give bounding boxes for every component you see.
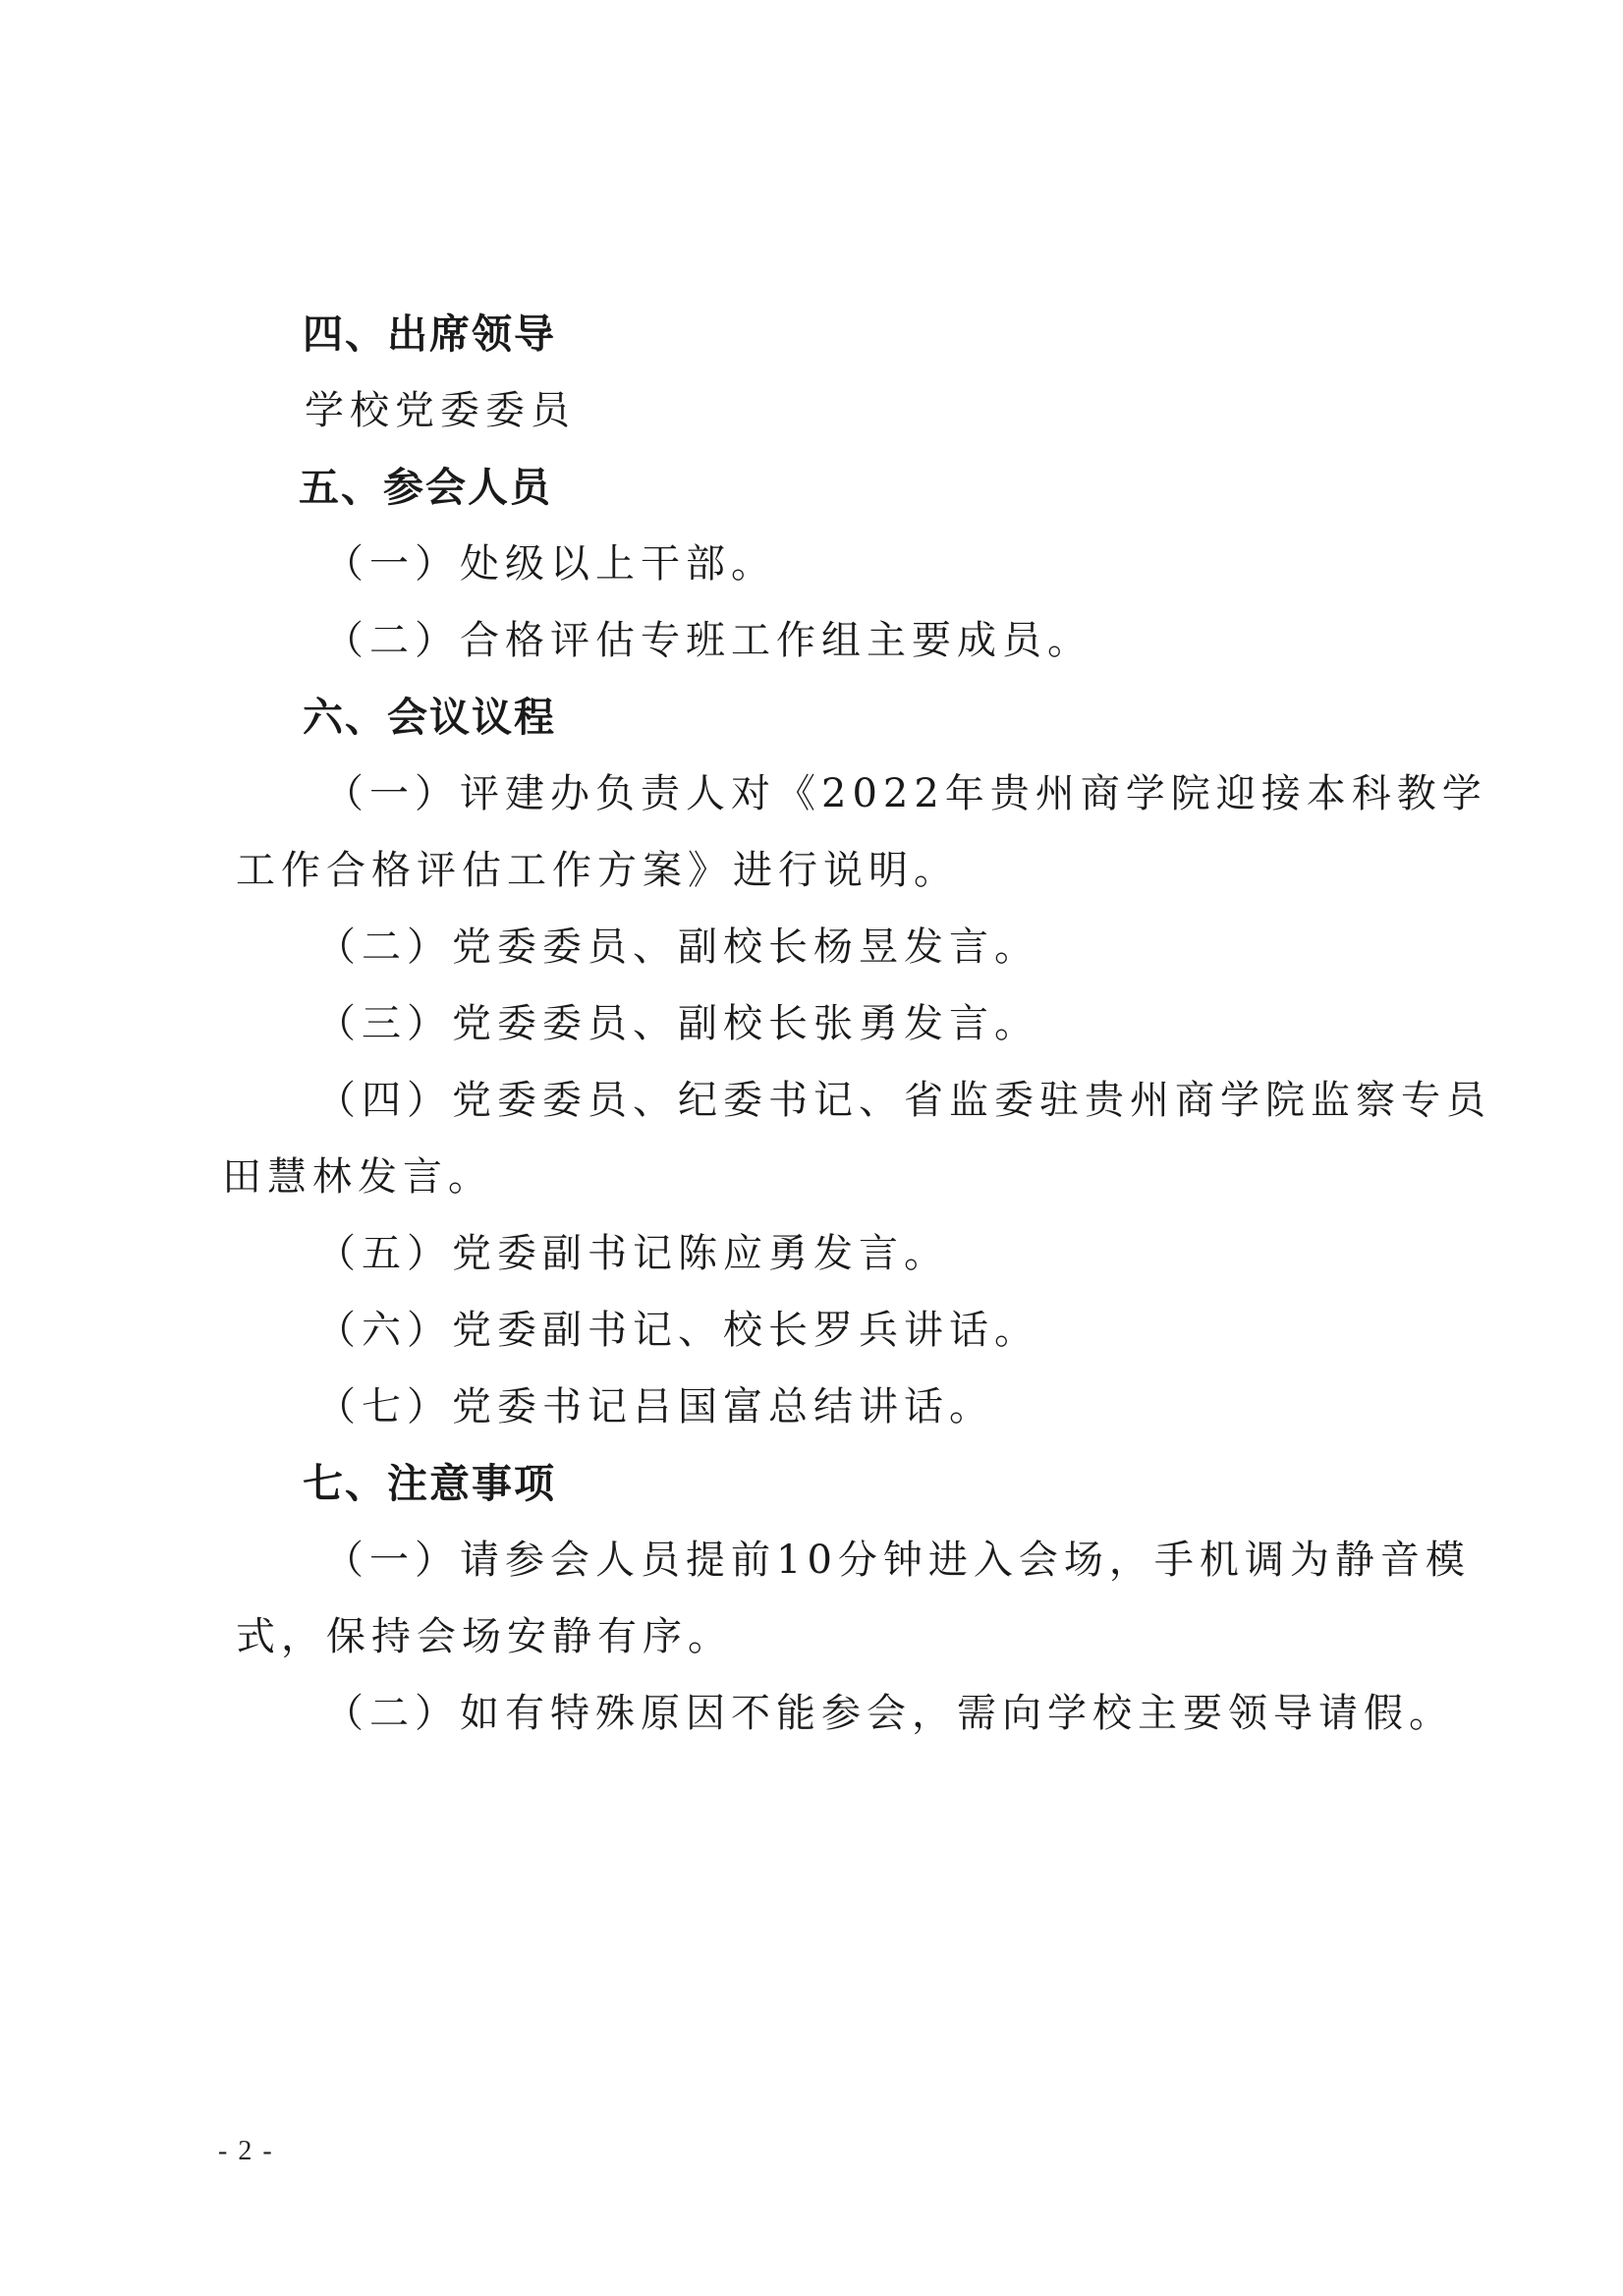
agenda-item-4-line-2: 田慧林发言。 (222, 1153, 493, 1201)
attending-leaders-text: 学校党委委员 (305, 387, 576, 434)
agenda-item-1-line-2: 工作合格评估工作方案》进行说明。 (236, 847, 959, 894)
participant-item-1: （一）处级以上干部。 (324, 540, 776, 588)
agenda-item-7: （七）党委书记吕国富总结讲话。 (316, 1383, 994, 1430)
agenda-item-5: （五）党委副书记陈应勇发言。 (316, 1230, 949, 1277)
participant-item-2: （二）合格评估专班工作组主要成员。 (324, 617, 1092, 664)
note-item-1-line-2: 式，保持会场安静有序。 (236, 1613, 733, 1660)
agenda-item-4-line-1: （四）党委委员、纪委书记、省监委驻贵州商学院监察专员 (316, 1077, 1491, 1124)
section-heading-attending-leaders: 四、出席领导 (303, 310, 556, 358)
agenda-item-3: （三）党委委员、副校长张勇发言。 (316, 1000, 1039, 1047)
agenda-item-6: （六）党委副书记、校长罗兵讲话。 (316, 1307, 1039, 1354)
agenda-item-2: （二）党委委员、副校长杨昱发言。 (316, 924, 1039, 971)
section-heading-notes: 七、注意事项 (303, 1460, 556, 1507)
note-item-1-line-1: （一）请参会人员提前10分钟进入会场，手机调为静音模 (324, 1537, 1471, 1584)
section-heading-agenda: 六、会议议程 (303, 694, 556, 741)
page-number: - 2 - (218, 2136, 274, 2167)
section-heading-participants: 五、参会人员 (299, 464, 552, 511)
note-item-2: （二）如有特殊原因不能参会，需向学校主要领导请假。 (324, 1690, 1454, 1737)
agenda-item-1-line-1: （一）评建办负责人对《2022年贵州商学院迎接本科教学 (324, 770, 1487, 817)
